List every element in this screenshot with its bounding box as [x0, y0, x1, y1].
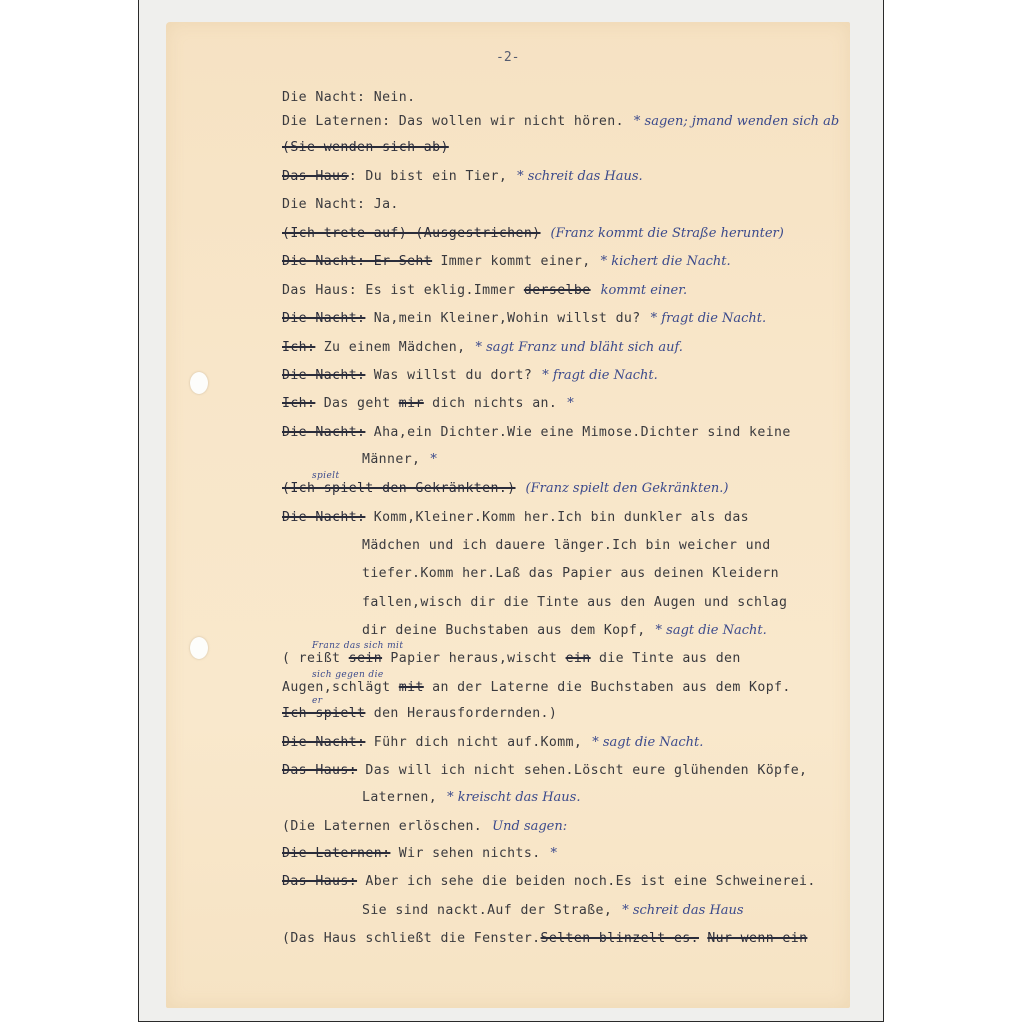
typed-text: Aber ich sehe die beiden noch.Es ist ein… [357, 874, 816, 889]
typed-text: tiefer.Komm her.Laß das Papier aus deine… [362, 566, 779, 581]
struck-text: (Ich spielt den Gekränkten.) [282, 481, 516, 496]
typed-text: Mädchen und ich dauere länger.Ich bin we… [362, 538, 771, 553]
handwritten-annotation: (Franz spielt den Gekränkten.) [526, 481, 729, 496]
typed-text: die Tinte aus den [591, 651, 741, 666]
typed-text: Sie sind nackt.Auf der Straße, [362, 903, 612, 918]
typed-text: Laternen, [362, 790, 437, 805]
typed-text: (Die Laternen erlöschen. [282, 819, 482, 834]
typed-text: Augen,schlägt [282, 680, 399, 695]
struck-text: Ich spielt [282, 706, 365, 721]
struck-text: Das Haus [282, 169, 349, 184]
typed-text: Das Haus: Es ist eklig.Immer [282, 283, 524, 298]
manuscript-line: Das Haus: Du bist ein Tier,* schreit das… [282, 169, 643, 184]
handwritten-annotation: * [551, 846, 558, 861]
typed-text: Wir sehen nichts. [390, 846, 540, 861]
typed-text: Was willst du dort? [365, 368, 532, 383]
struck-text: Selten blinzelt es. [541, 931, 699, 946]
struck-text: Die Nacht: [282, 368, 365, 383]
manuscript-line: (Ich spielt den Gekränkten.)(Franz spiel… [282, 481, 728, 496]
struck-text: mir [399, 396, 424, 411]
struck-text: ein [566, 651, 591, 666]
struck-text: Das Haus: [282, 874, 357, 889]
typed-text: Die Laternen: Das wollen wir nicht hören… [282, 114, 624, 129]
punch-hole-top [190, 372, 208, 394]
manuscript-line: Ich: Das geht mir dich nichts an.* [282, 396, 574, 411]
manuscript-line: tiefer.Komm her.Laß das Papier aus deine… [362, 566, 779, 581]
struck-text: (Ich trete auf) (Ausgestrichen) [282, 226, 541, 241]
manuscript-line: Ich spielt den Herausfordernden.)er [282, 706, 557, 721]
manuscript-line: Die Nacht: Ja. [282, 197, 399, 212]
struck-text: Das Haus: [282, 763, 357, 778]
typed-text: Die Nacht: Nein. [282, 90, 415, 105]
typed-text: Das will ich nicht sehen.Löscht eure glü… [357, 763, 807, 778]
manuscript-line: Die Nacht: Komm,Kleiner.Komm her.Ich bin… [282, 510, 749, 525]
manuscript-line: Die Laternen: Wir sehen nichts.* [282, 846, 557, 861]
typescript-body: Die Nacht: Nein.Die Laternen: Das wollen… [282, 90, 852, 990]
manuscript-line: Die Nacht: Na,mein Kleiner,Wohin willst … [282, 311, 766, 326]
typed-text: Na,mein Kleiner,Wohin willst du? [365, 311, 640, 326]
typed-text: Komm,Kleiner.Komm her.Ich bin dunkler al… [365, 510, 749, 525]
handwritten-annotation: * [430, 452, 437, 467]
typed-text: Die Nacht: Ja. [282, 197, 399, 212]
handwritten-annotation: * fragt die Nacht. [651, 311, 767, 326]
manuscript-line: Die Nacht: Führ dich nicht auf.Komm,* sa… [282, 735, 703, 750]
typed-text: Das geht [315, 396, 398, 411]
manuscript-line: Die Nacht: Was willst du dort?* fragt di… [282, 368, 658, 383]
manuscript-line: ( reißt sein Papier heraus,wischt ein di… [282, 651, 741, 666]
manuscript-line: Die Laternen: Das wollen wir nicht hören… [282, 114, 839, 129]
struck-text: Die Laternen: [282, 846, 390, 861]
manuscript-line: Das Haus: Aber ich sehe die beiden noch.… [282, 874, 816, 889]
struck-text: mit [399, 680, 424, 695]
typed-text: dich nichts an. [424, 396, 557, 411]
struck-text: Die Nacht: [282, 735, 365, 750]
interlinear-correction: sich gegen die [312, 670, 384, 680]
handwritten-annotation: * kreischt das Haus. [447, 790, 580, 805]
typed-text: Führ dich nicht auf.Komm, [365, 735, 582, 750]
handwritten-annotation: * [567, 396, 574, 411]
typed-text: : Du bist ein Tier, [349, 169, 507, 184]
handwritten-annotation: * sagt Franz und bläht sich auf. [475, 340, 682, 355]
punch-hole-bottom [190, 637, 208, 659]
manuscript-line: Mädchen und ich dauere länger.Ich bin we… [362, 538, 771, 553]
handwritten-annotation: * fragt die Nacht. [542, 368, 658, 383]
struck-text: (Sie wenden sich ab) [282, 140, 449, 155]
manuscript-line: dir deine Buchstaben aus dem Kopf,* sagt… [362, 623, 767, 638]
typed-text: Papier heraus,wischt [382, 651, 565, 666]
manuscript-line: Die Nacht: Nein. [282, 90, 415, 105]
struck-text: Die Nacht: [282, 311, 365, 326]
handwritten-annotation: * schreit das Haus [622, 903, 743, 918]
handwritten-annotation: kommt einer. [601, 283, 688, 298]
manuscript-line: Das Haus: Das will ich nicht sehen.Lösch… [282, 763, 807, 778]
typed-text: reißt [290, 651, 348, 666]
manuscript-line: (Ich trete auf) (Ausgestrichen)(Franz ko… [282, 226, 784, 241]
struck-text: Die Nacht: [282, 510, 365, 525]
manuscript-line: Die Nacht: Er Seht Immer kommt einer,* k… [282, 254, 731, 269]
manuscript-line: Männer,* [362, 452, 437, 467]
typed-text: Zu einem Mädchen, [315, 340, 465, 355]
manuscript-line: (Das Haus schließt die Fenster.Selten bl… [282, 931, 807, 946]
manuscript-line: Sie sind nackt.Auf der Straße,* schreit … [362, 903, 744, 918]
manuscript-line: Das Haus: Es ist eklig.Immer derselbekom… [282, 283, 687, 298]
typed-text: (Das Haus schließt die Fenster. [282, 931, 541, 946]
struck-text: Ich: [282, 396, 315, 411]
handwritten-annotation: * sagt die Nacht. [592, 735, 703, 750]
handwritten-annotation: * schreit das Haus. [517, 169, 643, 184]
struck-text: derselbe [524, 283, 591, 298]
handwritten-annotation: * sagen; jmand wenden sich ab [634, 114, 839, 129]
interlinear-correction: er [312, 696, 322, 706]
manuscript-line: Ich: Zu einem Mädchen,* sagt Franz und b… [282, 340, 683, 355]
struck-text: Ich: [282, 340, 315, 355]
interlinear-correction: Franz das sich mit [312, 641, 403, 651]
typed-text: dir deine Buchstaben aus dem Kopf, [362, 623, 646, 638]
struck-text: Nur wenn ein [707, 931, 807, 946]
manuscript-line: (Die Laternen erlöschen.Und sagen: [282, 819, 567, 834]
typed-text: Immer kommt einer, [432, 254, 590, 269]
typed-text: den Herausfordernden.) [365, 706, 557, 721]
interlinear-correction: spielt [312, 471, 339, 481]
typed-text: Aha,ein Dichter.Wie eine Mimose.Dichter … [365, 425, 790, 440]
manuscript-line: Augen,schlägt mit an der Laterne die Buc… [282, 680, 791, 695]
handwritten-annotation: * kichert die Nacht. [601, 254, 731, 269]
handwritten-annotation: * sagt die Nacht. [656, 623, 767, 638]
handwritten-annotation: (Franz kommt die Straße herunter) [551, 226, 784, 241]
manuscript-line: (Sie wenden sich ab) [282, 140, 449, 155]
manuscript-line: Die Nacht: Aha,ein Dichter.Wie eine Mimo… [282, 425, 791, 440]
typed-text: an der Laterne die Buchstaben aus dem Ko… [424, 680, 791, 695]
page-number: -2- [496, 50, 519, 65]
manuscript-line: fallen,wisch dir die Tinte aus den Augen… [362, 595, 787, 610]
typed-text: Männer, [362, 452, 420, 467]
handwritten-annotation: Und sagen: [492, 819, 567, 834]
struck-text: Die Nacht: [282, 425, 365, 440]
struck-text: sein [349, 651, 382, 666]
typed-text: fallen,wisch dir die Tinte aus den Augen… [362, 595, 787, 610]
manuscript-line: Laternen,* kreischt das Haus. [362, 790, 580, 805]
struck-text: Die Nacht: Er Seht [282, 254, 432, 269]
